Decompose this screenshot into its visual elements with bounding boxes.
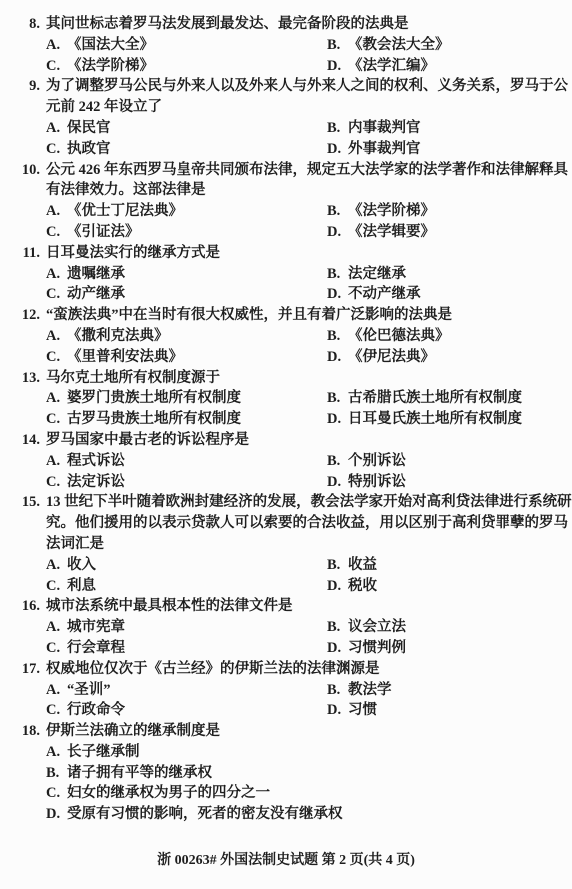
option-D: D.《法学辑要》: [327, 222, 572, 243]
option-label: A.: [46, 35, 67, 56]
question-stem-continuation: 法词汇是: [0, 534, 572, 555]
option-text: 诸子拥有平等的继承权: [67, 765, 212, 781]
option-A: A.婆罗门贵族土地所有权制度: [46, 388, 327, 409]
option-text: 《伦巴德法典》: [348, 328, 450, 344]
option-label: C.: [46, 222, 67, 243]
question-text: 城市法系统中最具根本性的法律文件是: [40, 596, 293, 617]
options-group: A.婆罗门贵族土地所有权制度B.古希腊氏族土地所有权制度C.古罗马贵族土地所有权…: [46, 388, 572, 430]
question-text: 罗马国家中最古老的诉讼程序是: [40, 430, 249, 451]
option-D: D.习惯判例: [327, 638, 572, 659]
option-text: 城市宪章: [67, 619, 125, 635]
option-label: D.: [327, 284, 348, 305]
option-text: 妇女的继承权为男子的四分之一: [67, 785, 270, 801]
option-label: B.: [327, 388, 348, 409]
option-B: B.个别诉讼: [327, 451, 572, 472]
option-label: C.: [46, 139, 67, 160]
question-number: 15.: [0, 492, 40, 513]
option-C: C.《里普利安法典》: [46, 347, 327, 368]
options-group: A.“圣训”B.教法学C.行政命令D.习惯: [46, 680, 572, 722]
question-number: 18.: [0, 721, 40, 742]
option-text: 《法学辑要》: [348, 224, 435, 240]
options-group: A.《国法大全》B.《教会法大全》C.《法学阶梯》D.《法学汇编》: [46, 35, 572, 77]
option-text: 《伊尼法典》: [348, 349, 435, 365]
option-label: D.: [327, 56, 348, 77]
question-stem-line: 18.伊斯兰法确立的继承制度是: [0, 721, 572, 742]
option-A: A.《国法大全》: [46, 35, 327, 56]
option-text: 法定继承: [348, 266, 406, 282]
question-text: 有法律效力。这部法律是: [0, 180, 206, 201]
options-group: A.长子继承制B.诸子拥有平等的继承权C.妇女的继承权为男子的四分之一D.受原有…: [46, 742, 572, 825]
option-A: A.《撒利克法典》: [46, 326, 327, 347]
option-text: 《引证法》: [67, 224, 140, 240]
question-text: 马尔克土地所有权制度源于: [40, 368, 220, 389]
option-B: B.法定继承: [327, 264, 572, 285]
options-group: A.遗嘱继承B.法定继承C.动产继承D.不动产继承: [46, 264, 572, 306]
question-text: 公元 426 年东西罗马皇帝共同颁布法律，规定五大法学家的法学著作和法律解释具: [40, 160, 568, 181]
option-C: C.执政官: [46, 139, 327, 160]
page-footer: 浙 00263# 外国法制史试题 第 2 页(共 4 页): [0, 851, 572, 872]
question-stem-line: 11.日耳曼法实行的继承方式是: [0, 243, 572, 264]
option-text: 收益: [348, 557, 377, 573]
option-B: B.《法学阶梯》: [327, 201, 572, 222]
option-label: C.: [46, 576, 67, 597]
option-text: 《里普利安法典》: [67, 349, 183, 365]
option-label: A.: [46, 555, 67, 576]
option-label: B.: [327, 35, 348, 56]
option-text: 古罗马贵族土地所有权制度: [67, 411, 241, 427]
options-group: A.保民官B.内事裁判官C.执政官D.外事裁判官: [46, 118, 572, 160]
option-label: A.: [46, 118, 67, 139]
option-text: 《国法大全》: [67, 37, 154, 53]
option-A: A.遗嘱继承: [46, 264, 327, 285]
question-stem-continuation: 有法律效力。这部法律是: [0, 180, 572, 201]
option-A: A.《优士丁尼法典》: [46, 201, 327, 222]
option-text: 议会立法: [348, 619, 406, 635]
option-D: D.不动产继承: [327, 284, 572, 305]
option-text: 外事裁判官: [348, 141, 421, 157]
options-group: A.城市宪章B.议会立法C.行会章程D.习惯判例: [46, 617, 572, 659]
option-label: A.: [46, 264, 67, 285]
question-text: 法词汇是: [0, 534, 104, 555]
option-text: 习惯: [348, 702, 377, 718]
question-13: 13.马尔克土地所有权制度源于A.婆罗门贵族土地所有权制度B.古希腊氏族土地所有…: [0, 368, 572, 430]
option-A: A.城市宪章: [46, 617, 327, 638]
option-label: D.: [327, 139, 348, 160]
option-text: 特别诉讼: [348, 474, 406, 490]
option-label: D.: [327, 576, 348, 597]
option-text: 个别诉讼: [348, 453, 406, 469]
option-B: B.《教会法大全》: [327, 35, 572, 56]
option-text: 行会章程: [67, 640, 125, 656]
option-label: B.: [327, 326, 348, 347]
option-label: A.: [46, 451, 67, 472]
option-D: D.日耳曼氏族土地所有权制度: [327, 409, 572, 430]
question-number: 13.: [0, 368, 40, 389]
question-number: 11.: [0, 243, 40, 264]
option-text: 《法学阶梯》: [67, 58, 154, 74]
option-B: B.收益: [327, 555, 572, 576]
option-text: “圣训”: [67, 682, 111, 698]
option-label: B.: [327, 451, 348, 472]
option-label: A.: [46, 326, 67, 347]
option-D: D.《法学汇编》: [327, 56, 572, 77]
option-text: 收入: [67, 557, 96, 573]
question-16: 16.城市法系统中最具根本性的法律文件是A.城市宪章B.议会立法C.行会章程D.…: [0, 596, 572, 658]
question-12: 12.“蛮族法典”中在当时有很大权威性，并且有着广泛影响的法典是A.《撒利克法典…: [0, 305, 572, 367]
option-label: D.: [327, 638, 348, 659]
option-label: B.: [327, 555, 348, 576]
option-text: 《撒利克法典》: [67, 328, 169, 344]
option-C: C.《法学阶梯》: [46, 56, 327, 77]
option-D: D.受原有习惯的影响，死者的密友没有继承权: [46, 804, 572, 825]
option-B: B.内事裁判官: [327, 118, 572, 139]
option-C: C.利息: [46, 576, 327, 597]
question-18: 18.伊斯兰法确立的继承制度是A.长子继承制B.诸子拥有平等的继承权C.妇女的继…: [0, 721, 572, 825]
option-text: 《法学阶梯》: [348, 203, 435, 219]
options-group: A.程式诉讼B.个别诉讼C.法定诉讼D.特别诉讼: [46, 451, 572, 493]
option-C: C.法定诉讼: [46, 472, 327, 493]
question-number: 16.: [0, 596, 40, 617]
question-text: 究。他们援用的以表示贷款人可以索要的合法收益，用以区别于高利贷罪孽的罗马: [0, 513, 568, 534]
option-label: A.: [46, 742, 67, 763]
option-A: A.收入: [46, 555, 327, 576]
option-label: B.: [46, 763, 67, 784]
option-text: 婆罗门贵族土地所有权制度: [67, 390, 241, 406]
option-text: 《法学汇编》: [348, 58, 435, 74]
option-B: B.议会立法: [327, 617, 572, 638]
option-text: 《优士丁尼法典》: [67, 203, 183, 219]
option-label: D.: [327, 347, 348, 368]
option-text: 受原有习惯的影响，死者的密友没有继承权: [67, 806, 343, 822]
option-label: D.: [327, 222, 348, 243]
option-label: D.: [327, 409, 348, 430]
question-number: 14.: [0, 430, 40, 451]
option-label: A.: [46, 388, 67, 409]
question-stem-line: 12.“蛮族法典”中在当时有很大权威性，并且有着广泛影响的法典是: [0, 305, 572, 326]
question-9: 9.为了调整罗马公民与外来人以及外来人与外来人之间的权利、义务关系，罗马于公元前…: [0, 76, 572, 159]
option-label: C.: [46, 409, 67, 430]
question-number: 8.: [0, 14, 40, 35]
option-label: D.: [327, 700, 348, 721]
question-stem-line: 14.罗马国家中最古老的诉讼程序是: [0, 430, 572, 451]
question-list: 8.其问世标志着罗马法发展到最发达、最完备阶段的法典是A.《国法大全》B.《教会…: [0, 14, 572, 825]
question-14: 14.罗马国家中最古老的诉讼程序是A.程式诉讼B.个别诉讼C.法定诉讼D.特别诉…: [0, 430, 572, 492]
option-A: A.长子继承制: [46, 742, 572, 763]
question-text: 为了调整罗马公民与外来人以及外来人与外来人之间的权利、义务关系，罗马于公: [40, 76, 568, 97]
option-label: C.: [46, 638, 67, 659]
question-stem-continuation: 究。他们援用的以表示贷款人可以索要的合法收益，用以区别于高利贷罪孽的罗马: [0, 513, 572, 534]
options-group: A.《撒利克法典》B.《伦巴德法典》C.《里普利安法典》D.《伊尼法典》: [46, 326, 572, 368]
option-C: C.动产继承: [46, 284, 327, 305]
question-number: 12.: [0, 305, 40, 326]
option-text: 保民官: [67, 120, 111, 136]
option-text: 不动产继承: [348, 286, 421, 302]
options-group: A.《优士丁尼法典》B.《法学阶梯》C.《引证法》D.《法学辑要》: [46, 201, 572, 243]
option-label: A.: [46, 617, 67, 638]
options-group: A.收入B.收益C.利息D.税收: [46, 555, 572, 597]
question-11: 11.日耳曼法实行的继承方式是A.遗嘱继承B.法定继承C.动产继承D.不动产继承: [0, 243, 572, 305]
question-stem-line: 9.为了调整罗马公民与外来人以及外来人与外来人之间的权利、义务关系，罗马于公: [0, 76, 572, 97]
question-stem-line: 10.公元 426 年东西罗马皇帝共同颁布法律，规定五大法学家的法学著作和法律解…: [0, 160, 572, 181]
question-stem-line: 16.城市法系统中最具根本性的法律文件是: [0, 596, 572, 617]
option-text: 法定诉讼: [67, 474, 125, 490]
option-text: 内事裁判官: [348, 120, 421, 136]
option-label: C.: [46, 700, 67, 721]
option-text: 税收: [348, 578, 377, 594]
option-text: 动产继承: [67, 286, 125, 302]
question-8: 8.其问世标志着罗马法发展到最发达、最完备阶段的法典是A.《国法大全》B.《教会…: [0, 14, 572, 76]
question-stem-continuation: 元前 242 年设立了: [0, 97, 572, 118]
option-text: 行政命令: [67, 702, 125, 718]
question-text: 权威地位仅次于《古兰经》的伊斯兰法的法律渊源是: [40, 659, 380, 680]
question-text: 13 世纪下半叶随着欧洲封建经济的发展，教会法学家开始对高利贷法律进行系统研: [40, 492, 572, 513]
question-15: 15.13 世纪下半叶随着欧洲封建经济的发展，教会法学家开始对高利贷法律进行系统…: [0, 492, 572, 596]
option-text: 日耳曼氏族土地所有权制度: [348, 411, 522, 427]
option-text: 遗嘱继承: [67, 266, 125, 282]
question-text: 元前 242 年设立了: [0, 97, 162, 118]
footer-text: 浙 00263# 外国法制史试题 第 2 页(共 4 页): [157, 853, 415, 868]
option-label: D.: [46, 804, 67, 825]
option-text: 程式诉讼: [67, 453, 125, 469]
question-text: 伊斯兰法确立的继承制度是: [40, 721, 220, 742]
question-stem-line: 17.权威地位仅次于《古兰经》的伊斯兰法的法律渊源是: [0, 659, 572, 680]
option-D: D.特别诉讼: [327, 472, 572, 493]
question-text: 日耳曼法实行的继承方式是: [40, 243, 220, 264]
option-label: A.: [46, 680, 67, 701]
option-label: B.: [327, 201, 348, 222]
option-text: 长子继承制: [67, 744, 140, 760]
question-number: 9.: [0, 76, 40, 97]
option-label: C.: [46, 783, 67, 804]
option-text: 教法学: [348, 682, 392, 698]
option-B: B.古希腊氏族土地所有权制度: [327, 388, 572, 409]
option-label: C.: [46, 472, 67, 493]
option-text: 利息: [67, 578, 96, 594]
question-stem-line: 13.马尔克土地所有权制度源于: [0, 368, 572, 389]
option-label: C.: [46, 347, 67, 368]
option-A: A.保民官: [46, 118, 327, 139]
option-label: B.: [327, 264, 348, 285]
option-C: C.《引证法》: [46, 222, 327, 243]
question-text: 其问世标志着罗马法发展到最发达、最完备阶段的法典是: [40, 14, 409, 35]
option-D: D.习惯: [327, 700, 572, 721]
exam-page: 8.其问世标志着罗马法发展到最发达、最完备阶段的法典是A.《国法大全》B.《教会…: [0, 0, 572, 889]
option-label: C.: [46, 284, 67, 305]
option-C: C.行政命令: [46, 700, 327, 721]
question-stem-line: 15.13 世纪下半叶随着欧洲封建经济的发展，教会法学家开始对高利贷法律进行系统…: [0, 492, 572, 513]
option-D: D.外事裁判官: [327, 139, 572, 160]
option-text: 古希腊氏族土地所有权制度: [348, 390, 522, 406]
option-label: B.: [327, 617, 348, 638]
question-number: 10.: [0, 160, 40, 181]
option-label: B.: [327, 118, 348, 139]
option-label: B.: [327, 680, 348, 701]
option-text: 习惯判例: [348, 640, 406, 656]
option-C: C.行会章程: [46, 638, 327, 659]
option-B: B.诸子拥有平等的继承权: [46, 763, 572, 784]
option-B: B.《伦巴德法典》: [327, 326, 572, 347]
question-text: “蛮族法典”中在当时有很大权威性，并且有着广泛影响的法典是: [40, 305, 452, 326]
option-D: D.《伊尼法典》: [327, 347, 572, 368]
option-label: C.: [46, 56, 67, 77]
option-C: C.古罗马贵族土地所有权制度: [46, 409, 327, 430]
option-D: D.税收: [327, 576, 572, 597]
option-text: 执政官: [67, 141, 111, 157]
question-stem-line: 8.其问世标志着罗马法发展到最发达、最完备阶段的法典是: [0, 14, 572, 35]
option-label: D.: [327, 472, 348, 493]
option-B: B.教法学: [327, 680, 572, 701]
option-C: C.妇女的继承权为男子的四分之一: [46, 783, 572, 804]
option-label: A.: [46, 201, 67, 222]
question-17: 17.权威地位仅次于《古兰经》的伊斯兰法的法律渊源是A.“圣训”B.教法学C.行…: [0, 659, 572, 721]
option-A: A.程式诉讼: [46, 451, 327, 472]
option-text: 《教会法大全》: [348, 37, 450, 53]
option-A: A.“圣训”: [46, 680, 327, 701]
question-10: 10.公元 426 年东西罗马皇帝共同颁布法律，规定五大法学家的法学著作和法律解…: [0, 160, 572, 243]
question-number: 17.: [0, 659, 40, 680]
